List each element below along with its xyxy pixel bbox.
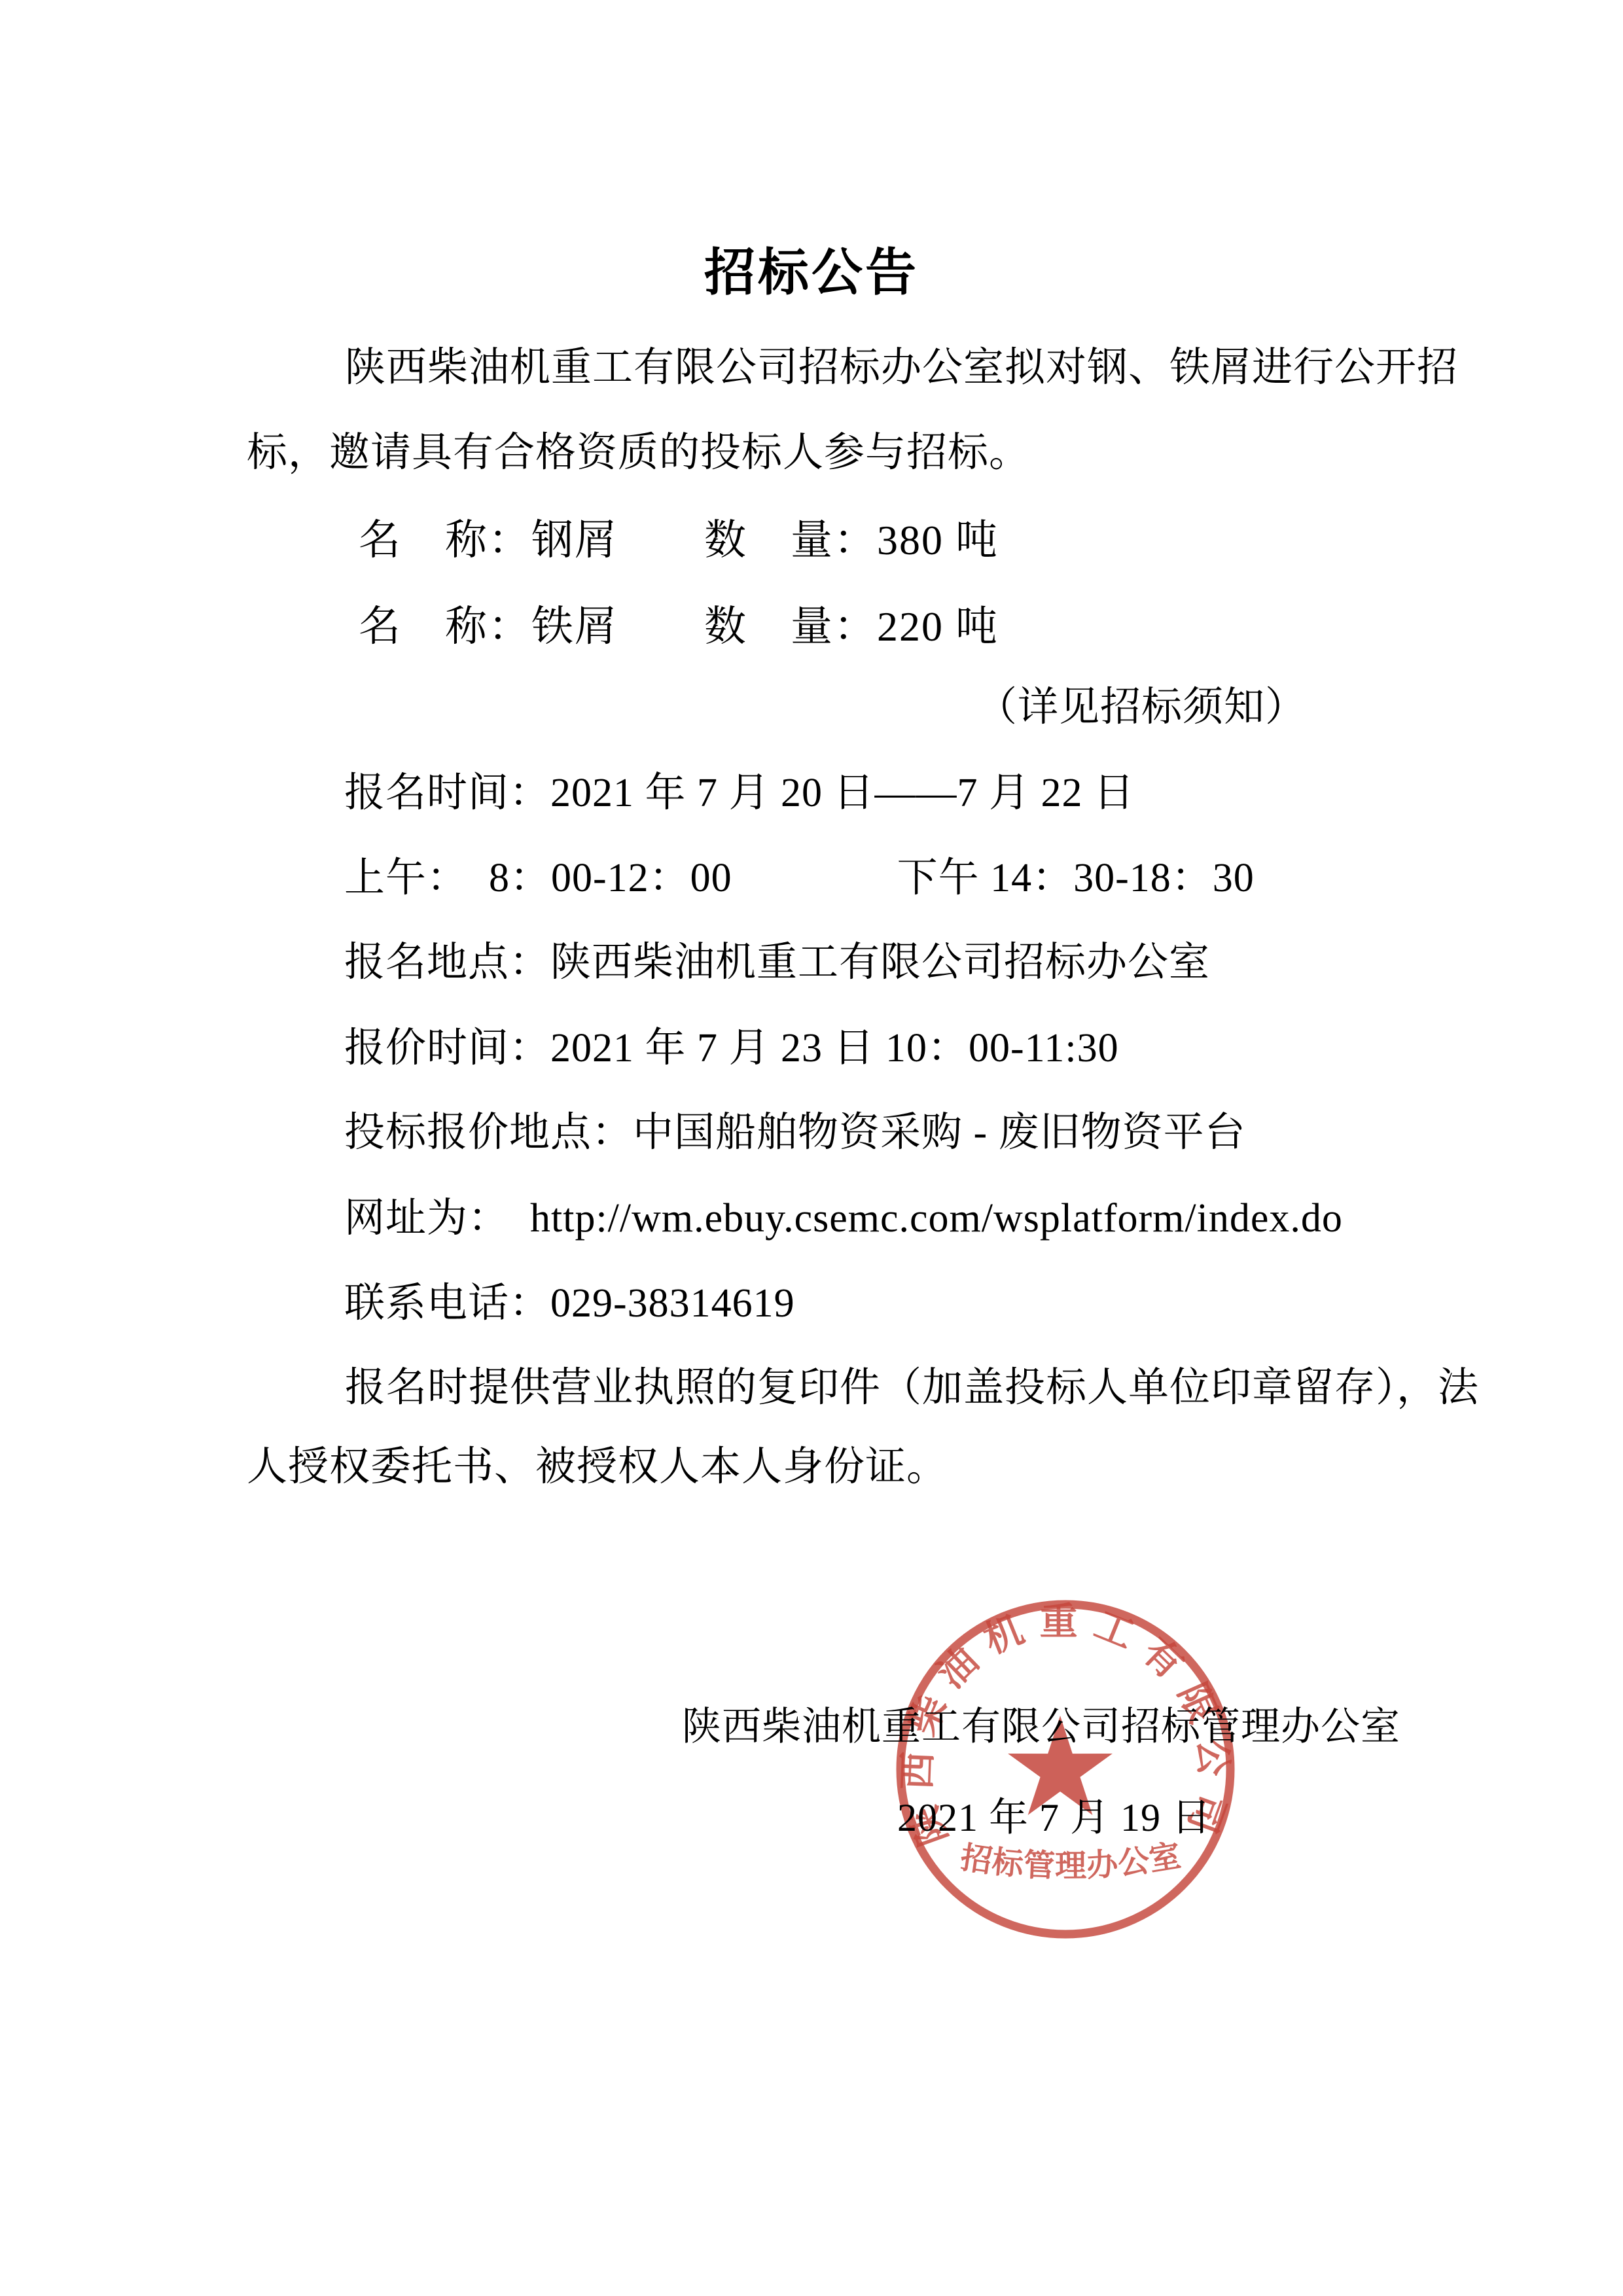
item-steel-scrap: 名 称：钢屑 数 量：380 吨 bbox=[359, 516, 999, 565]
official-seal-stamp: 陕西柴油机重工有限公司 招标管理办公室 bbox=[882, 1586, 1249, 1952]
stamp-bottom-text-holder: 招标管理办公室 bbox=[958, 1839, 1184, 1884]
item-iron-scrap: 名 称：铁屑 数 量：220 吨 bbox=[359, 603, 999, 651]
stamp-bottom-text: 招标管理办公室 bbox=[958, 1839, 1184, 1884]
tender-announcement-page: 陕西柴油机重工有限公司 招标管理办公室 招标公告 陕西柴油机重工有限公司招标办公… bbox=[0, 0, 1623, 2296]
issuer-signature: 陕西柴油机重工有限公司招标管理办公室 bbox=[682, 1704, 1400, 1750]
registration-time: 报名时间：2021 年 7 月 20 日——7 月 22 日 bbox=[344, 770, 1135, 817]
registration-hours: 上午： 8：00-12：00 下午 14：30-18：30 bbox=[344, 855, 1255, 902]
registration-place: 报名地点：陕西柴油机重工有限公司招标办公室 bbox=[344, 940, 1210, 986]
document-title: 招标公告 bbox=[0, 243, 1623, 302]
issue-date: 2021 年 7 月 19 日 bbox=[897, 1795, 1211, 1841]
quotation-time: 报价时间：2021 年 7 月 23 日 10：00-11:30 bbox=[344, 1025, 1119, 1072]
requirements-paragraph-line-2: 人授权委托书、被授权人本人身份证。 bbox=[247, 1444, 948, 1491]
intro-paragraph-line-2: 标，邀请具有合格资质的投标人参与招标。 bbox=[247, 430, 1030, 476]
see-tender-notes: （详见招标须知） bbox=[976, 684, 1306, 731]
quotation-place: 投标报价地点：中国船舶物资采购 - 废旧物资平台 bbox=[344, 1110, 1246, 1156]
requirements-paragraph-line-1: 报名时提供营业执照的复印件（加盖投标人单位印章留存），法 bbox=[345, 1365, 1479, 1411]
intro-paragraph-line-1: 陕西柴油机重工有限公司招标办公室拟对钢、铁屑进行公开招 bbox=[345, 345, 1458, 391]
platform-url: 网址为： http://wm.ebuy.csemc.com/wsplatform… bbox=[344, 1195, 1343, 1242]
contact-phone: 联系电话：029-38314619 bbox=[344, 1280, 795, 1327]
